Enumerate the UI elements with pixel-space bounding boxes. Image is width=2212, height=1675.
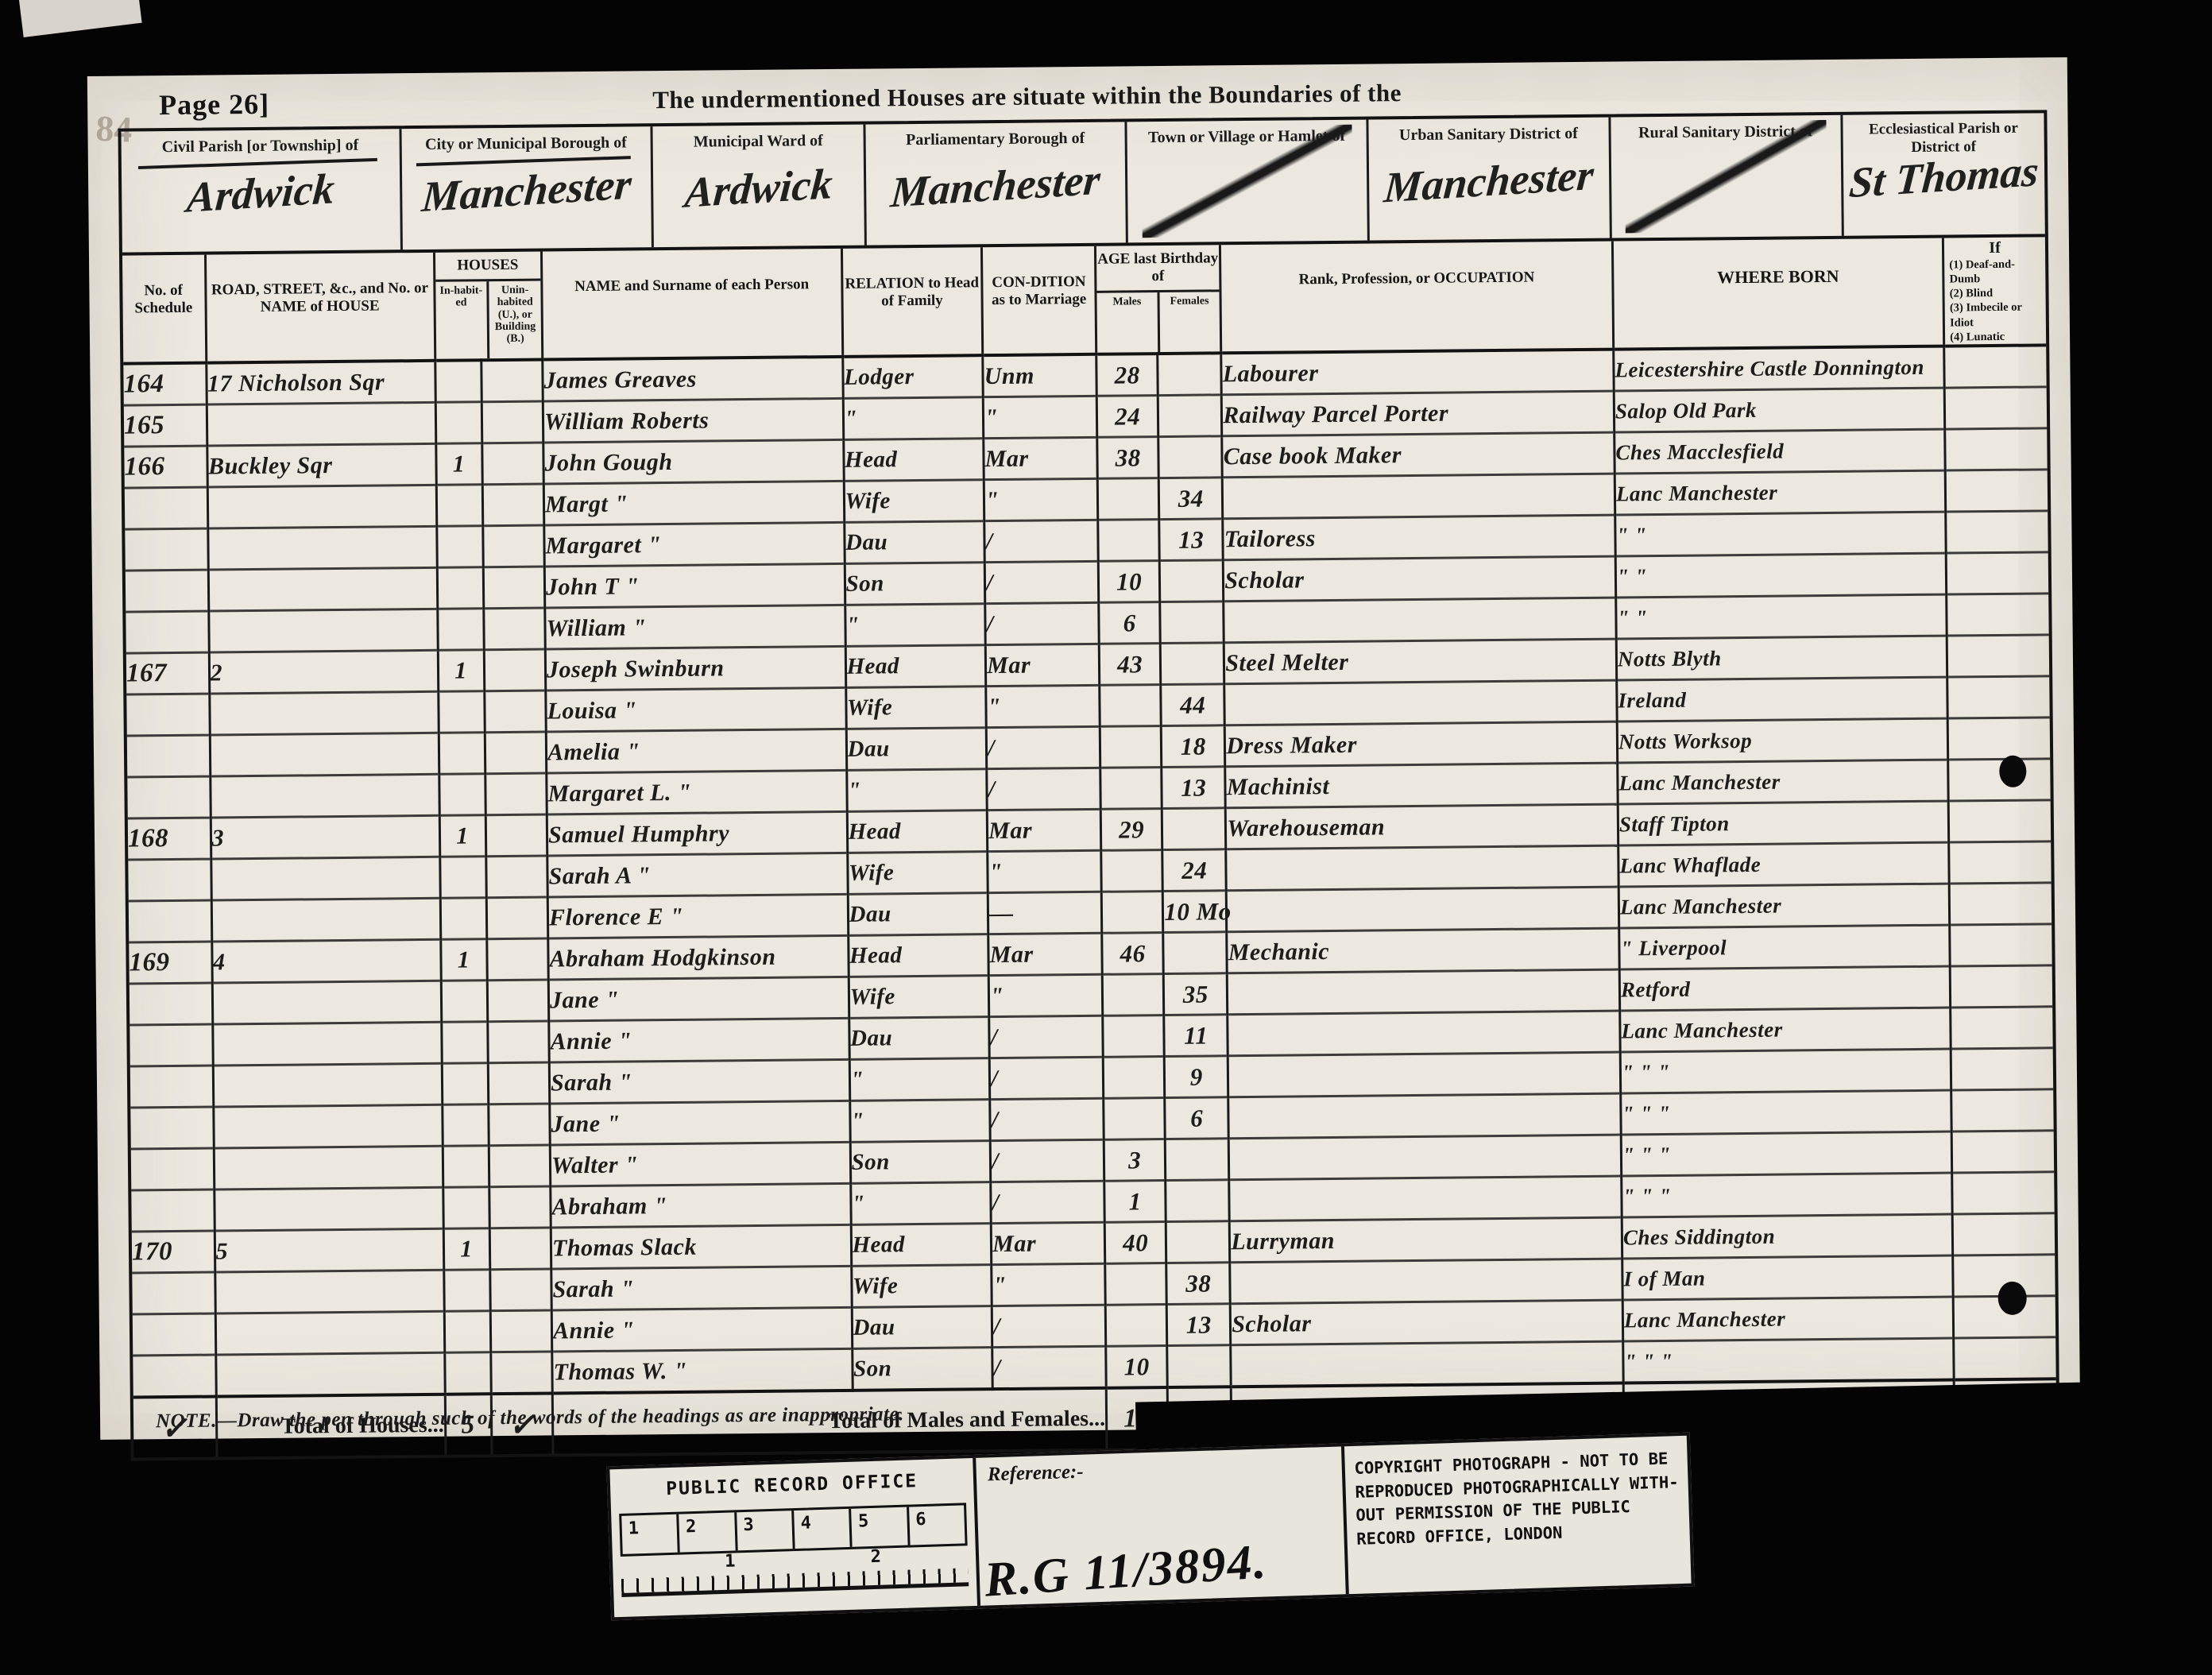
cell-schedule xyxy=(131,1190,215,1232)
header-name: NAME and Surname of each Person xyxy=(541,249,842,360)
cell-road xyxy=(207,526,436,570)
header-age: AGE last Birthday of Males Females xyxy=(1095,245,1221,354)
cell-occupation: Scholar xyxy=(1230,1300,1622,1345)
cell-age-male: 1 xyxy=(1104,1181,1166,1223)
cell-age-male xyxy=(1104,1098,1166,1140)
ruler-number: 6 xyxy=(907,1505,965,1545)
census-rows: 16417 Nicholson SqrJames GreavesLodgerUn… xyxy=(123,345,2055,1397)
district-city-borough: City or Municipal Borough of Manchester xyxy=(399,126,652,250)
district-municipal-ward: Municipal Ward of Ardwick xyxy=(651,125,865,248)
cell-name: Annie " xyxy=(551,1307,852,1352)
houses-title: HOUSES xyxy=(435,252,540,275)
cell-schedule xyxy=(129,900,212,942)
cell-uninhabited xyxy=(488,1104,550,1146)
cell-name: Thomas W. " xyxy=(552,1348,853,1393)
cell-age-female: 35 xyxy=(1164,973,1228,1015)
cell-born: Lanc Manchester xyxy=(1615,470,1946,515)
cell-age-male xyxy=(1100,768,1162,810)
cell-relation: Wife xyxy=(847,852,988,895)
cell-infirmity xyxy=(1952,1213,2055,1255)
header-uninhabited: Unin-habited (U.), or Building (B.) xyxy=(487,280,542,358)
ruler-number: 3 xyxy=(734,1511,793,1550)
district-label: Urban Sanitary District of xyxy=(1369,118,1609,145)
cell-relation: " xyxy=(850,1182,991,1225)
cell-infirmity xyxy=(1945,428,2048,470)
cell-road xyxy=(212,981,441,1024)
cell-age-male xyxy=(1102,974,1164,1016)
cell-relation: " xyxy=(849,1100,990,1143)
cell-inhabited xyxy=(437,567,484,609)
cell-uninhabited xyxy=(481,401,543,443)
ruler-number: 1 xyxy=(621,1514,678,1554)
cell-relation: Wife xyxy=(844,480,984,523)
cell-occupation xyxy=(1228,1052,1620,1097)
cell-occupation xyxy=(1224,680,1617,725)
cell-inhabited xyxy=(437,609,484,651)
cell-born: Notts Worksop xyxy=(1617,718,1948,763)
cell-relation: Dau xyxy=(849,1017,989,1060)
cell-born: " " " xyxy=(1620,1049,1951,1093)
cell-name: Walter " xyxy=(550,1142,850,1186)
cell-relation: " xyxy=(849,1058,990,1101)
cell-condition: Unm xyxy=(983,354,1096,397)
cell-road xyxy=(208,609,437,652)
cell-born: Lanc Manchester xyxy=(1618,884,1950,928)
header-infirmity: If (1) Deaf-and-Dumb(2) Blind(3) Imbecil… xyxy=(1943,237,2047,346)
cell-uninhabited xyxy=(489,1228,551,1270)
cell-inhabited xyxy=(443,1270,490,1312)
cell-inhabited xyxy=(444,1352,491,1395)
cell-name: James Greaves xyxy=(543,357,843,401)
cell-inhabited xyxy=(443,1146,489,1188)
cell-name: Margaret " xyxy=(544,522,845,567)
cell-age-female xyxy=(1162,808,1226,850)
infirmity-title: If xyxy=(1944,237,2045,257)
cell-occupation xyxy=(1231,1341,1623,1387)
district-value-handwriting: Manchester xyxy=(400,158,653,223)
pro-ruler-panel: PUBLIC RECORD OFFICE 123456 1 2 xyxy=(609,1458,980,1617)
header-road: ROAD, STREET, &c., and No. or NAME of HO… xyxy=(205,253,435,363)
cell-infirmity xyxy=(1948,800,2051,842)
cell-schedule: 164 xyxy=(123,363,207,405)
census-sheet: Civil Parish [or Township] of Ardwick Ci… xyxy=(118,110,2059,1460)
cell-condition: " xyxy=(986,685,1100,727)
header-inhabited: In-habit-ed xyxy=(435,281,488,359)
cell-infirmity xyxy=(1947,718,2050,760)
page-number: Page 26] xyxy=(159,87,269,122)
infirmity-list: (1) Deaf-and-Dumb(2) Blind(3) Imbecile o… xyxy=(1944,257,2046,344)
cell-relation: Wife xyxy=(845,687,986,729)
ink-blot xyxy=(1997,1282,2026,1315)
cell-born: Ches Siddington xyxy=(1622,1214,1953,1259)
cell-age-male: 29 xyxy=(1100,809,1162,851)
cell-born: " " " xyxy=(1621,1131,1952,1176)
district-label: Municipal Ward of xyxy=(653,125,864,153)
cell-inhabited: 1 xyxy=(440,939,487,981)
cell-name: Margt " xyxy=(543,481,844,525)
cell-occupation: Scholar xyxy=(1223,556,1615,602)
cell-age-female xyxy=(1167,1345,1231,1387)
cell-infirmity xyxy=(1945,470,2048,512)
cell-infirmity xyxy=(1954,1337,2056,1380)
cell-occupation: Warehouseman xyxy=(1225,804,1618,849)
cell-condition: " xyxy=(992,1263,1105,1306)
cell-age-male: 10 xyxy=(1098,561,1160,603)
cell-uninhabited xyxy=(490,1352,552,1394)
cell-infirmity xyxy=(1949,883,2052,925)
header-schedule: No. of Schedule xyxy=(122,255,206,364)
cell-born: " " xyxy=(1615,553,1947,598)
cell-occupation: Dress Maker xyxy=(1224,721,1617,767)
cell-name: Amelia " xyxy=(546,729,846,773)
cell-uninhabited xyxy=(487,1021,549,1063)
cell-relation: Wife xyxy=(849,976,989,1019)
cell-inhabited xyxy=(436,526,483,568)
cell-schedule xyxy=(130,1024,213,1066)
cell-relation: Head xyxy=(845,645,986,688)
cell-road xyxy=(215,1270,443,1313)
cell-condition: / xyxy=(989,1057,1103,1099)
cell-name: Florence E " xyxy=(547,894,848,938)
cell-condition: Mar xyxy=(991,1222,1104,1264)
cell-relation: " xyxy=(846,769,987,812)
ruler-number: 2 xyxy=(870,1547,881,1567)
cell-condition: / xyxy=(992,1305,1105,1347)
district-value-handwriting xyxy=(1127,152,1367,167)
cell-age-female xyxy=(1161,643,1224,685)
cell-condition: Mar xyxy=(988,933,1102,975)
district-civil-parish: Civil Parish [or Township] of Ardwick xyxy=(121,129,400,252)
cell-age-female xyxy=(1160,602,1224,644)
cell-relation: Head xyxy=(851,1224,992,1267)
header-females: Females xyxy=(1157,292,1220,352)
cell-born: Lanc Manchester xyxy=(1622,1297,1954,1341)
cell-inhabited: 1 xyxy=(435,443,482,485)
cell-age-female: 13 xyxy=(1162,767,1225,809)
cell-condition: Mar xyxy=(985,644,1099,686)
cell-uninhabited xyxy=(489,1186,551,1228)
cell-condition: / xyxy=(989,1015,1103,1058)
ink-blot xyxy=(1999,756,2026,787)
cell-uninhabited xyxy=(482,525,544,567)
cell-condition: " xyxy=(984,478,1097,520)
cell-born: Leicestershire Castle Donnington xyxy=(1614,346,1945,391)
cell-occupation: Steel Melter xyxy=(1224,639,1616,684)
cell-name: Sarah " xyxy=(549,1059,849,1104)
cell-age-female: 11 xyxy=(1164,1015,1228,1057)
cell-age-female xyxy=(1166,1221,1230,1263)
cell-schedule xyxy=(126,611,209,653)
cell-condition: " xyxy=(988,974,1102,1016)
cell-inhabited xyxy=(436,485,483,527)
cell-born: " " xyxy=(1615,512,1947,556)
cell-occupation xyxy=(1222,474,1615,519)
cell-inhabited: 1 xyxy=(438,650,485,692)
cell-born: Notts Blyth xyxy=(1616,636,1947,680)
cell-occupation xyxy=(1228,1011,1620,1056)
cell-road xyxy=(213,1063,442,1107)
cell-uninhabited xyxy=(485,732,547,774)
cell-born: Lanc Manchester xyxy=(1620,1008,1951,1052)
census-page: 84 Page 26] The undermentioned Houses ar… xyxy=(87,57,2080,1440)
cell-condition: / xyxy=(990,1139,1104,1182)
header-born: WHERE BORN xyxy=(1612,238,1944,350)
cell-condition: " xyxy=(983,396,1096,438)
district-label: City or Municipal Borough of xyxy=(401,126,651,154)
cell-occupation xyxy=(1230,1259,1622,1304)
cell-age-female xyxy=(1158,436,1222,478)
cell-inhabited xyxy=(435,360,481,402)
cell-infirmity xyxy=(1946,552,2048,594)
district-label: Rural Sanitary District of xyxy=(1611,115,1841,143)
cell-relation: Head xyxy=(843,439,984,482)
cell-uninhabited xyxy=(488,1062,550,1104)
cell-road xyxy=(209,691,438,735)
cell-uninhabited xyxy=(483,567,545,609)
district-parliamentary-borough: Parliamentary Borough of Manchester xyxy=(864,122,1126,245)
infirmity-item: (2) Blind xyxy=(1950,286,2046,301)
cell-age-male xyxy=(1105,1305,1167,1347)
cell-schedule xyxy=(131,1148,215,1190)
cell-schedule xyxy=(127,735,211,777)
cell-age-male: 6 xyxy=(1099,602,1161,644)
cell-schedule xyxy=(130,1107,214,1149)
cell-age-male xyxy=(1101,850,1163,892)
cell-occupation xyxy=(1228,1135,1621,1180)
pro-reference-panel: Reference:- R.G 11/3894. xyxy=(976,1446,1348,1605)
cell-born: I of Man xyxy=(1622,1255,1954,1300)
cell-schedule xyxy=(133,1313,216,1356)
cell-infirmity xyxy=(1950,924,2052,966)
cell-inhabited xyxy=(442,1063,489,1105)
cell-schedule xyxy=(125,528,208,571)
cell-relation: Wife xyxy=(851,1265,992,1308)
reference-label: Reference:- xyxy=(987,1453,1330,1487)
cell-relation: " xyxy=(843,397,984,440)
cell-inhabited xyxy=(444,1311,491,1353)
cell-age-male: 24 xyxy=(1096,396,1158,438)
cell-inhabited xyxy=(442,1104,489,1147)
cell-schedule xyxy=(130,983,213,1025)
cell-infirmity xyxy=(1950,965,2052,1008)
cell-occupation: Case book Maker xyxy=(1222,432,1615,478)
ruler-number: 4 xyxy=(791,1509,850,1549)
cell-age-female xyxy=(1163,932,1227,974)
cell-occupation xyxy=(1229,1176,1622,1221)
cell-age-male xyxy=(1101,892,1163,934)
cell-occupation xyxy=(1226,845,1618,891)
cell-age-female xyxy=(1166,1139,1229,1181)
cell-road xyxy=(207,485,436,528)
district-value-handwriting: Manchester xyxy=(1367,149,1611,214)
cell-age-female: 13 xyxy=(1159,519,1223,561)
cell-relation: " xyxy=(845,604,985,647)
ruler-number: 1 xyxy=(725,1551,736,1571)
cell-road xyxy=(211,857,439,900)
cell-inhabited xyxy=(443,1187,489,1229)
cell-condition: / xyxy=(990,1098,1104,1140)
cell-inhabited xyxy=(438,691,485,733)
cell-name: Margaret L. " xyxy=(547,770,847,814)
cell-relation: Lodger xyxy=(842,355,983,398)
cell-road: 2 xyxy=(209,650,438,694)
cell-inhabited xyxy=(441,1022,488,1064)
cell-schedule xyxy=(125,487,208,529)
cell-condition: Mar xyxy=(987,809,1100,851)
infirmity-item: (1) Deaf-and-Dumb xyxy=(1949,257,2045,286)
infirmity-item: (4) Lunatic xyxy=(1950,329,2046,344)
district-value-handwriting: Ardwick xyxy=(120,160,401,226)
cell-relation: Son xyxy=(845,563,985,605)
cell-relation: Dau xyxy=(846,728,987,771)
cell-name: Jane " xyxy=(550,1101,850,1145)
page-title: The undermentioned Houses are situate wi… xyxy=(269,75,1785,118)
pro-office-title: PUBLIC RECORD OFFICE xyxy=(618,1463,966,1501)
cell-name: William Roberts xyxy=(543,398,843,443)
header-males: Males xyxy=(1096,292,1157,353)
cell-uninhabited xyxy=(481,360,543,402)
cell-age-male: 10 xyxy=(1106,1346,1168,1388)
cell-age-male xyxy=(1105,1263,1167,1306)
cell-condition: Mar xyxy=(984,437,1097,479)
cell-relation: Son xyxy=(852,1348,992,1391)
cell-road xyxy=(213,1104,442,1148)
cell-uninhabited xyxy=(486,897,548,939)
cell-age-male: 3 xyxy=(1104,1139,1166,1182)
cell-born: " " xyxy=(1616,594,1947,639)
cell-infirmity xyxy=(1944,345,2047,388)
cell-schedule: 168 xyxy=(128,818,211,860)
cell-road xyxy=(208,567,437,611)
cell-uninhabited xyxy=(485,814,547,857)
cell-name: Joseph Swinburn xyxy=(545,646,845,691)
cell-infirmity xyxy=(1944,387,2047,429)
cell-road xyxy=(215,1352,444,1396)
ruler-number: 5 xyxy=(849,1507,907,1547)
cell-inhabited xyxy=(439,774,485,816)
cell-road: 3 xyxy=(211,815,439,859)
district-value-handwriting: Ardwick xyxy=(652,157,866,219)
cell-uninhabited xyxy=(486,938,548,981)
census-table: No. of Schedule ROAD, STREET, &c., and N… xyxy=(122,237,2056,1457)
cell-condition: " xyxy=(988,850,1101,892)
cell-schedule: 166 xyxy=(124,446,207,488)
cell-age-female xyxy=(1160,560,1224,602)
district-value-handwriting: Manchester xyxy=(864,153,1127,219)
cell-name: Sarah A " xyxy=(547,853,848,897)
cell-born: Lanc Manchester xyxy=(1618,760,1949,804)
district-ecclesiastical: Ecclesiastical Parish or District of St … xyxy=(1840,113,2045,235)
cell-name: Sarah " xyxy=(551,1266,852,1310)
cell-born: " " " xyxy=(1623,1338,1955,1383)
cell-inhabited xyxy=(439,857,486,899)
pro-reference-strip: PUBLIC RECORD OFFICE 123456 1 2 Referenc… xyxy=(606,1433,1694,1621)
cell-inhabited xyxy=(435,402,482,444)
district-value-handwriting xyxy=(1611,147,1841,161)
cell-occupation xyxy=(1226,887,1618,932)
cell-infirmity xyxy=(1947,635,2049,677)
cell-infirmity xyxy=(1947,594,2049,636)
pro-copyright-panel: COPYRIGHT PHOTOGRAPH - NOT TO BEREPRODUC… xyxy=(1344,1436,1692,1594)
cell-uninhabited xyxy=(484,649,546,691)
district-label: Town or Village or Hamlet of xyxy=(1127,120,1367,148)
cell-relation: Dau xyxy=(852,1306,992,1349)
cell-age-male xyxy=(1103,1057,1165,1099)
cell-born: " " " xyxy=(1622,1173,1953,1217)
cell-born: Lanc Whaflade xyxy=(1618,842,1950,887)
cell-schedule xyxy=(128,859,211,901)
cell-uninhabited xyxy=(489,1145,551,1187)
cell-road xyxy=(210,774,439,818)
cell-schedule xyxy=(130,1066,214,1108)
cell-schedule: 170 xyxy=(132,1231,215,1273)
cell-schedule xyxy=(127,776,211,818)
cell-uninhabited xyxy=(483,608,545,650)
cell-road xyxy=(210,733,439,776)
cell-road xyxy=(214,1187,443,1231)
cell-age-male xyxy=(1097,478,1159,520)
cell-born: " " " xyxy=(1621,1090,1952,1135)
cell-age-male xyxy=(1100,685,1162,727)
cell-name: William " xyxy=(545,605,845,649)
district-header-row: Civil Parish [or Township] of Ardwick Ci… xyxy=(121,113,2044,255)
cell-infirmity xyxy=(1951,1048,2053,1090)
cell-infirmity xyxy=(1951,1089,2054,1131)
photo-canvas: 84 Page 26] The undermentioned Houses ar… xyxy=(0,0,2212,1675)
cell-age-female: 6 xyxy=(1165,1097,1228,1139)
cell-occupation xyxy=(1228,1093,1621,1139)
cell-schedule xyxy=(132,1272,215,1314)
cell-age-female: 18 xyxy=(1162,725,1225,768)
cell-occupation: Tailoress xyxy=(1223,515,1615,560)
cell-inhabited xyxy=(441,981,488,1023)
cell-condition: — xyxy=(988,892,1101,934)
cell-name: Jane " xyxy=(548,977,849,1021)
cell-name: Louisa " xyxy=(546,687,846,732)
cell-age-male: 43 xyxy=(1099,644,1161,686)
cell-infirmity xyxy=(1951,1131,2054,1173)
cell-born: " Liverpool xyxy=(1619,925,1951,969)
cell-condition: / xyxy=(991,1181,1104,1223)
cell-condition: / xyxy=(992,1346,1106,1389)
cell-condition: / xyxy=(985,602,1099,644)
cell-uninhabited xyxy=(487,980,549,1022)
infirmity-item: (3) Imbecile or Idiot xyxy=(1950,300,2046,330)
cell-age-female: 34 xyxy=(1159,478,1223,520)
paper-corner-sliver xyxy=(18,0,141,37)
cell-road xyxy=(211,898,440,942)
cell-inhabited xyxy=(440,898,487,940)
cell-schedule xyxy=(126,694,210,736)
cell-condition: / xyxy=(986,726,1100,768)
cell-road: 17 Nicholson Sqr xyxy=(206,361,435,404)
cell-road xyxy=(207,402,435,446)
cell-condition: / xyxy=(984,520,1098,562)
cell-name: Thomas Slack xyxy=(551,1224,851,1269)
cell-relation: Head xyxy=(848,934,988,977)
cell-relation: Son xyxy=(850,1141,991,1184)
header-occupation: Rank, Profession, or OCCUPATION xyxy=(1220,242,1614,354)
header-houses: HOUSES In-habit-ed Unin-habited (U.), or… xyxy=(434,252,543,361)
cell-relation: Head xyxy=(847,810,988,853)
cell-inhabited: 1 xyxy=(439,815,486,857)
cell-name: Samuel Humphry xyxy=(547,811,847,856)
cell-relation: Dau xyxy=(848,893,988,936)
cell-infirmity xyxy=(1948,759,2051,801)
cell-infirmity xyxy=(1949,841,2052,884)
district-town-village: Town or Village or Hamlet of xyxy=(1124,120,1367,243)
cell-road: 5 xyxy=(215,1228,443,1272)
